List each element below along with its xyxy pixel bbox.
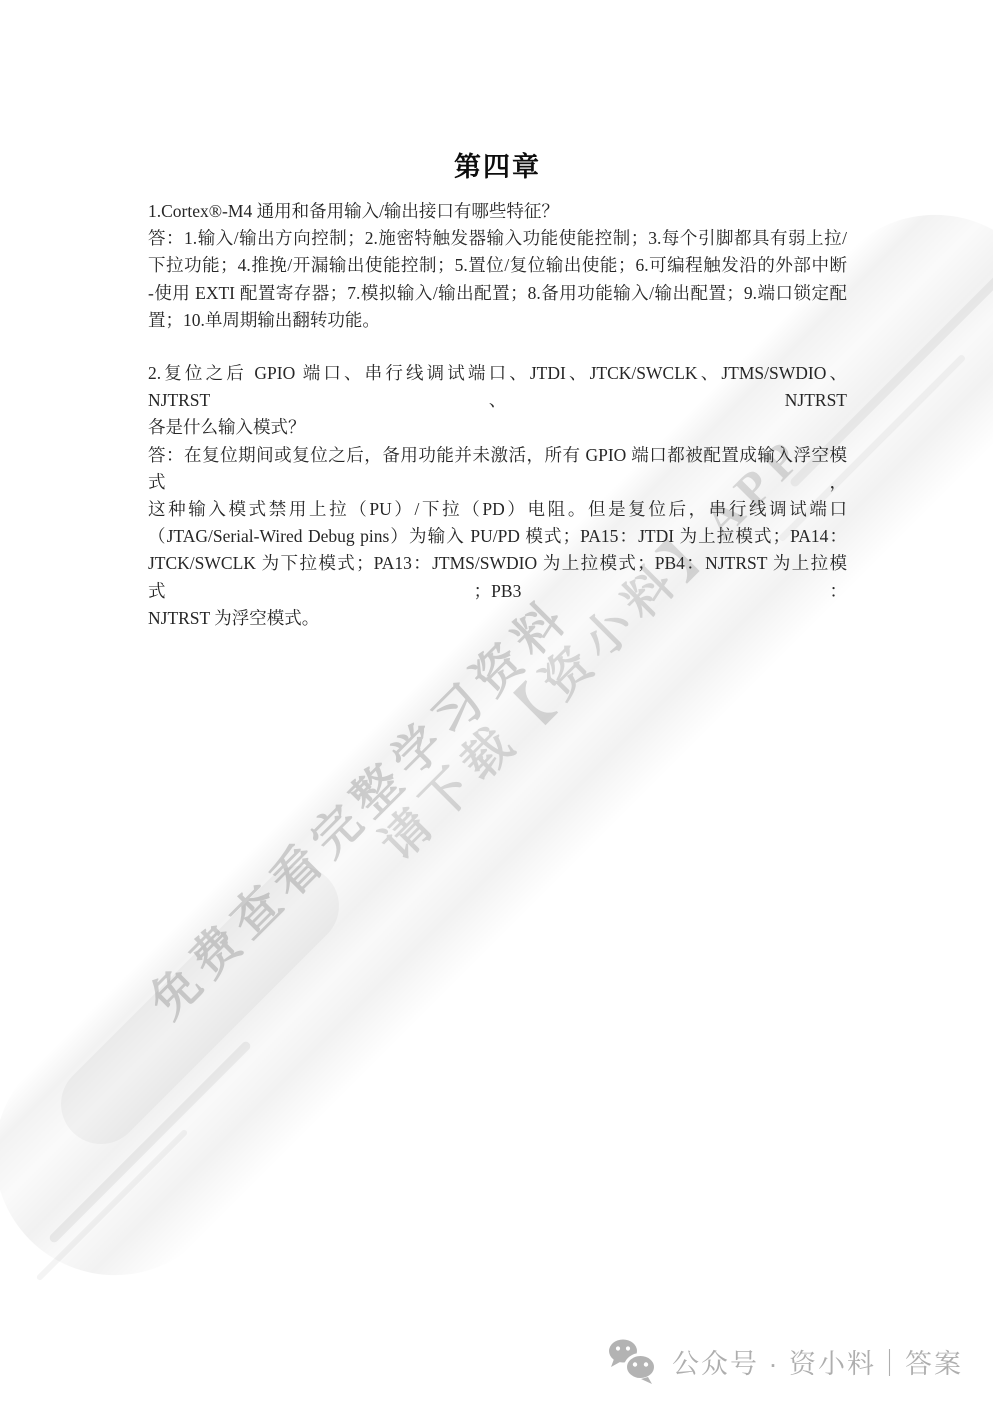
document-page: 免费查看完整学习资料 请下载【资小料】APP 第四章 1.Cortex®-M4 …: [0, 0, 993, 1404]
wechat-icon: [607, 1338, 659, 1384]
qa-block-1: 1.Cortex®-M4 通用和备用输入/输出接口有哪些特征？ 答：1.输入/输…: [148, 198, 847, 334]
qa-block-2: 2.复位之后 GPIO 端口、串行线调试端口、JTDI、JTCK/SWCLK、J…: [148, 360, 847, 632]
footer-label: 公众号 · 资小料｜答案: [672, 1342, 963, 1381]
answer-1-line: 置；10.单周期输出翻转功能。: [148, 307, 847, 334]
answer-2-line: （JTAG/Serial-Wired Debug pins）为输入 PU/PD …: [148, 523, 847, 550]
answer-2-line: NJTRST 为浮空模式。: [148, 605, 847, 632]
footer-brand: 公众号 · 资小料｜答案: [607, 1338, 963, 1384]
question-2-line: 2.复位之后 GPIO 端口、串行线调试端口、JTDI、JTCK/SWCLK、J…: [148, 360, 847, 414]
answer-2-line: 这种输入模式禁用上拉（PU）/下拉（PD）电阻。但是复位后，串行线调试端口: [148, 496, 847, 523]
answer-1-line: 下拉功能；4.推挽/开漏输出使能控制；5.置位/复位输出使能；6.可编程触发沿的…: [148, 252, 847, 279]
answer-2-line: JTCK/SWCLK 为下拉模式；PA13：JTMS/SWDIO 为上拉模式；P…: [148, 550, 847, 604]
answer-1-line: 答：1.输入/输出方向控制；2.施密特触发器输入功能使能控制；3.每个引脚都具有…: [148, 225, 847, 252]
answer-2-line: 答：在复位期间或复位之后，备用功能并未激活，所有 GPIO 端口都被配置成输入浮…: [148, 442, 847, 496]
question-2-line: 各是什么输入模式？: [148, 414, 847, 441]
question-1-line: 1.Cortex®-M4 通用和备用输入/输出接口有哪些特征？: [148, 198, 847, 225]
answer-1-line: -使用 EXTI 配置寄存器；7.模拟输入/输出配置；8.备用功能输入/输出配置…: [148, 280, 847, 307]
page-title: 第四章: [148, 150, 847, 184]
document-content: 第四章 1.Cortex®-M4 通用和备用输入/输出接口有哪些特征？ 答：1.…: [148, 150, 847, 632]
